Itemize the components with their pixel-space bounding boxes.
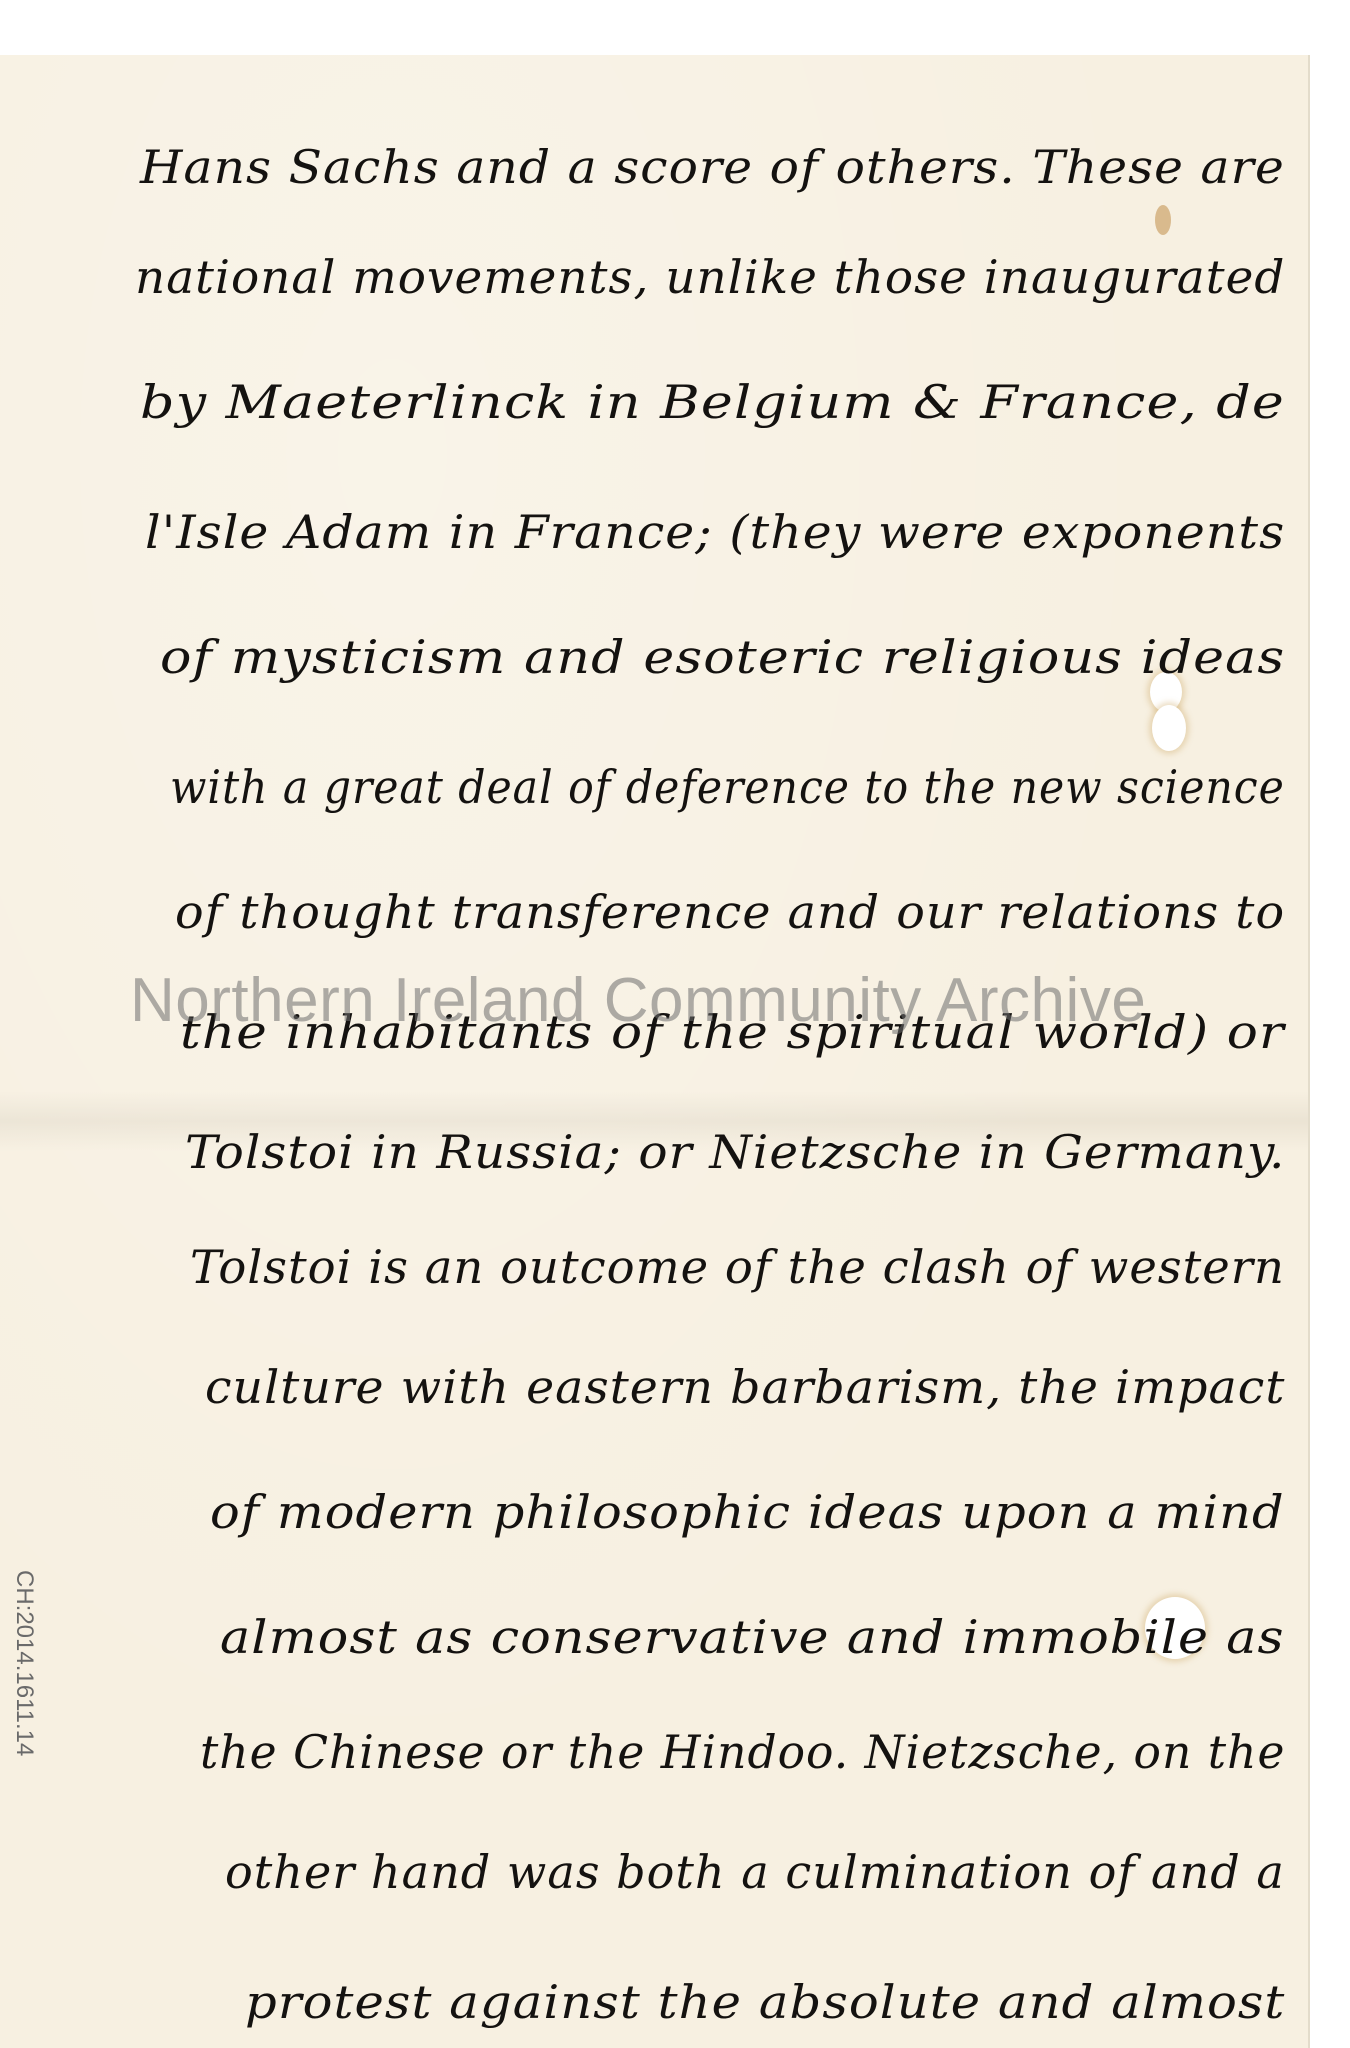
archive-watermark: Northern Ireland Community Archive	[130, 965, 1146, 1036]
handwritten-line-13: almost as conservative and immobile as	[220, 1610, 1285, 1664]
handwritten-line-7: of thought transference and our relation…	[175, 885, 1285, 939]
handwritten-line-5: of mysticism and esoteric religious idea…	[160, 630, 1285, 684]
handwritten-line-2: national movements, unlike those inaugur…	[135, 250, 1285, 304]
handwritten-line-14: the Chinese or the Hindoo. Nietzsche, on…	[200, 1725, 1285, 1779]
handwritten-line-11: culture with eastern barbarism, the impa…	[205, 1360, 1285, 1414]
handwritten-line-9: Tolstoi in Russia; or Nietzsche in Germa…	[185, 1125, 1285, 1179]
ink-stain	[1155, 205, 1171, 235]
handwritten-line-12: of modern philosophic ideas upon a mind	[210, 1485, 1285, 1539]
handwritten-line-1: Hans Sachs and a score of others. These …	[140, 140, 1285, 194]
handwritten-line-16: protest against the absolute and almost	[245, 1975, 1285, 2029]
handwritten-line-6: with a great deal of deference to the ne…	[170, 760, 1285, 814]
punch-hole-top-lower	[1152, 705, 1186, 751]
handwritten-line-4: l'Isle Adam in France; (they were expone…	[145, 505, 1285, 559]
handwritten-line-3: by Maeterlinck in Belgium & France, de	[140, 375, 1285, 429]
handwritten-line-10: Tolstoi is an outcome of the clash of we…	[190, 1240, 1285, 1294]
catalog-number: CH:2014.1611.14	[10, 1570, 38, 1756]
handwritten-line-15: other hand was both a culmination of and…	[225, 1845, 1285, 1899]
